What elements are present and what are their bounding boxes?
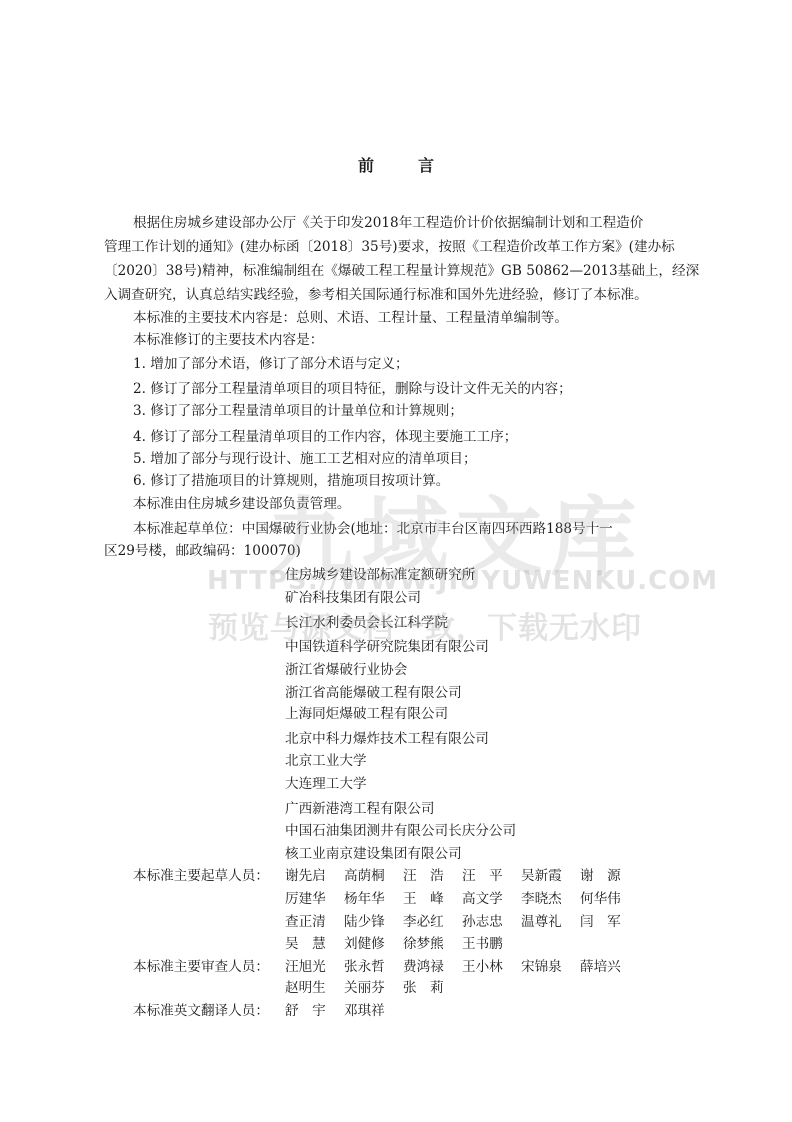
drafters-label: 本标准主要起草人员：	[133, 867, 269, 885]
person-name: 张永哲	[344, 958, 403, 976]
title-char: 前	[358, 153, 374, 176]
person-name: 陆少锋	[344, 913, 403, 931]
intro-line: 〔2020〕38号)精神，标准编制组在《爆破工程工程量计算规范》GB 50862…	[104, 262, 699, 280]
participating-unit: 广西新港湾工程有限公司	[285, 800, 435, 818]
person-name: 薛培兴	[580, 958, 639, 976]
participating-unit: 浙江省爆破行业协会	[285, 661, 407, 679]
revision-item: 6. 修订了措施项目的计算规则，措施项目按项计算。	[133, 472, 449, 490]
revision-item: 3. 修订了部分工程量清单项目的计量单位和计算规则；	[133, 402, 463, 420]
person-name: 汪 平	[462, 867, 521, 885]
person-name: 高荫桐	[344, 867, 403, 885]
intro-line: 根据住房城乡建设部办公厅《关于印发2018年工程造价计价依据编制计划和工程造价	[133, 214, 643, 232]
reviewers-row: 赵明生 关丽芬 张 莉	[285, 979, 462, 997]
person-name: 关丽芬	[344, 979, 403, 997]
person-name: 吴新霞	[521, 867, 580, 885]
drafters-row: 厉建华 杨年华 王 峰 高文学 李晓杰 何华伟	[285, 890, 639, 908]
main-content: 本标准的主要技术内容是：总则、术语、工程计量、工程量清单编制等。	[133, 309, 568, 327]
participating-unit: 核工业南京建设集团有限公司	[285, 845, 462, 863]
drafters-row: 谢先启 高荫桐 汪 浩 汪 平 吴新霞 谢 源	[285, 867, 639, 885]
person-name: 闫 军	[580, 913, 639, 931]
participating-unit: 北京中科力爆炸技术工程有限公司	[285, 730, 489, 748]
drafting-unit-cont: 区29号楼，邮政编码：100070)	[104, 542, 301, 560]
person-name: 刘健修	[344, 935, 403, 953]
person-name: 查正清	[285, 913, 344, 931]
person-name: 王 峰	[403, 890, 462, 908]
person-name: 徐梦熊	[403, 935, 462, 953]
person-name: 舒 宇	[285, 1002, 344, 1020]
title-char: 言	[418, 153, 434, 176]
drafters-row: 吴 慧 刘健修 徐梦熊 王书鹏	[285, 935, 521, 953]
person-name: 宋锦泉	[521, 958, 580, 976]
participating-unit: 浙江省高能爆破工程有限公司	[285, 684, 462, 702]
revision-item: 2. 修订了部分工程量清单项目的项目特征，删除与设计文件无关的内容；	[133, 380, 572, 398]
person-name: 谢 源	[580, 867, 639, 885]
person-name: 厉建华	[285, 890, 344, 908]
intro-line: 入调查研究，认真总结实践经验，参考相关国际通行标准和国外先进经验，修订了本标准。	[104, 286, 648, 304]
page-title: 前言	[0, 153, 792, 176]
person-name: 王书鹏	[462, 935, 521, 953]
person-name: 孙志忠	[462, 913, 521, 931]
person-name: 汪旭光	[285, 958, 344, 976]
reviewers-label: 本标准主要审查人员：	[133, 958, 269, 976]
person-name: 温尊礼	[521, 913, 580, 931]
person-name: 李必红	[403, 913, 462, 931]
translators-row: 舒 宇 邓琪祥	[285, 1002, 403, 1020]
participating-unit: 矿冶科技集团有限公司	[285, 589, 421, 607]
reviewers-row: 汪旭光 张永哲 费鸿禄 王小林 宋锦泉 薛培兴	[285, 958, 639, 976]
participating-unit: 大连理工大学	[285, 775, 367, 793]
document-page: 前言 根据住房城乡建设部办公厅《关于印发2018年工程造价计价依据编制计划和工程…	[0, 0, 792, 1122]
management-statement: 本标准由住房城乡建设部负责管理。	[133, 495, 351, 513]
participating-unit: 中国铁道科学研究院集团有限公司	[285, 638, 489, 656]
revision-heading: 本标准修订的主要技术内容是：	[133, 331, 323, 349]
drafters-row: 查正清 陆少锋 李必红 孙志忠 温尊礼 闫 军	[285, 913, 639, 931]
translators-label: 本标准英文翻译人员：	[133, 1002, 269, 1020]
person-name: 张 莉	[403, 979, 462, 997]
person-name: 何华伟	[580, 890, 639, 908]
person-name: 赵明生	[285, 979, 344, 997]
person-name: 吴 慧	[285, 935, 344, 953]
person-name: 杨年华	[344, 890, 403, 908]
intro-line: 管理工作计划的通知》(建办标函〔2018〕35号)要求，按照《工程造价改革工作方…	[104, 238, 675, 256]
person-name: 汪 浩	[403, 867, 462, 885]
participating-unit: 住房城乡建设部标准定额研究所	[285, 566, 475, 584]
participating-unit: 上海同炬爆破工程有限公司	[285, 705, 448, 723]
person-name: 谢先启	[285, 867, 344, 885]
person-name: 邓琪祥	[344, 1002, 403, 1020]
participating-unit: 中国石油集团测井有限公司长庆分公司	[285, 822, 516, 840]
person-name: 高文学	[462, 890, 521, 908]
participating-unit: 长江水利委员会长江科学院	[285, 614, 448, 632]
person-name: 王小林	[462, 958, 521, 976]
drafting-unit: 本标准起草单位：中国爆破行业协会(地址：北京市丰台区南四环西路188号十一	[133, 520, 613, 538]
person-name: 李晓杰	[521, 890, 580, 908]
revision-item: 1. 增加了部分术语，修订了部分术语与定义；	[133, 355, 409, 373]
person-name: 费鸿禄	[403, 958, 462, 976]
revision-item: 4. 修订了部分工程量清单项目的工作内容，体现主要施工工序；	[133, 428, 517, 446]
participating-unit: 北京工业大学	[285, 752, 367, 770]
revision-item: 5. 增加了部分与现行设计、施工工艺相对应的清单项目；	[133, 450, 477, 468]
